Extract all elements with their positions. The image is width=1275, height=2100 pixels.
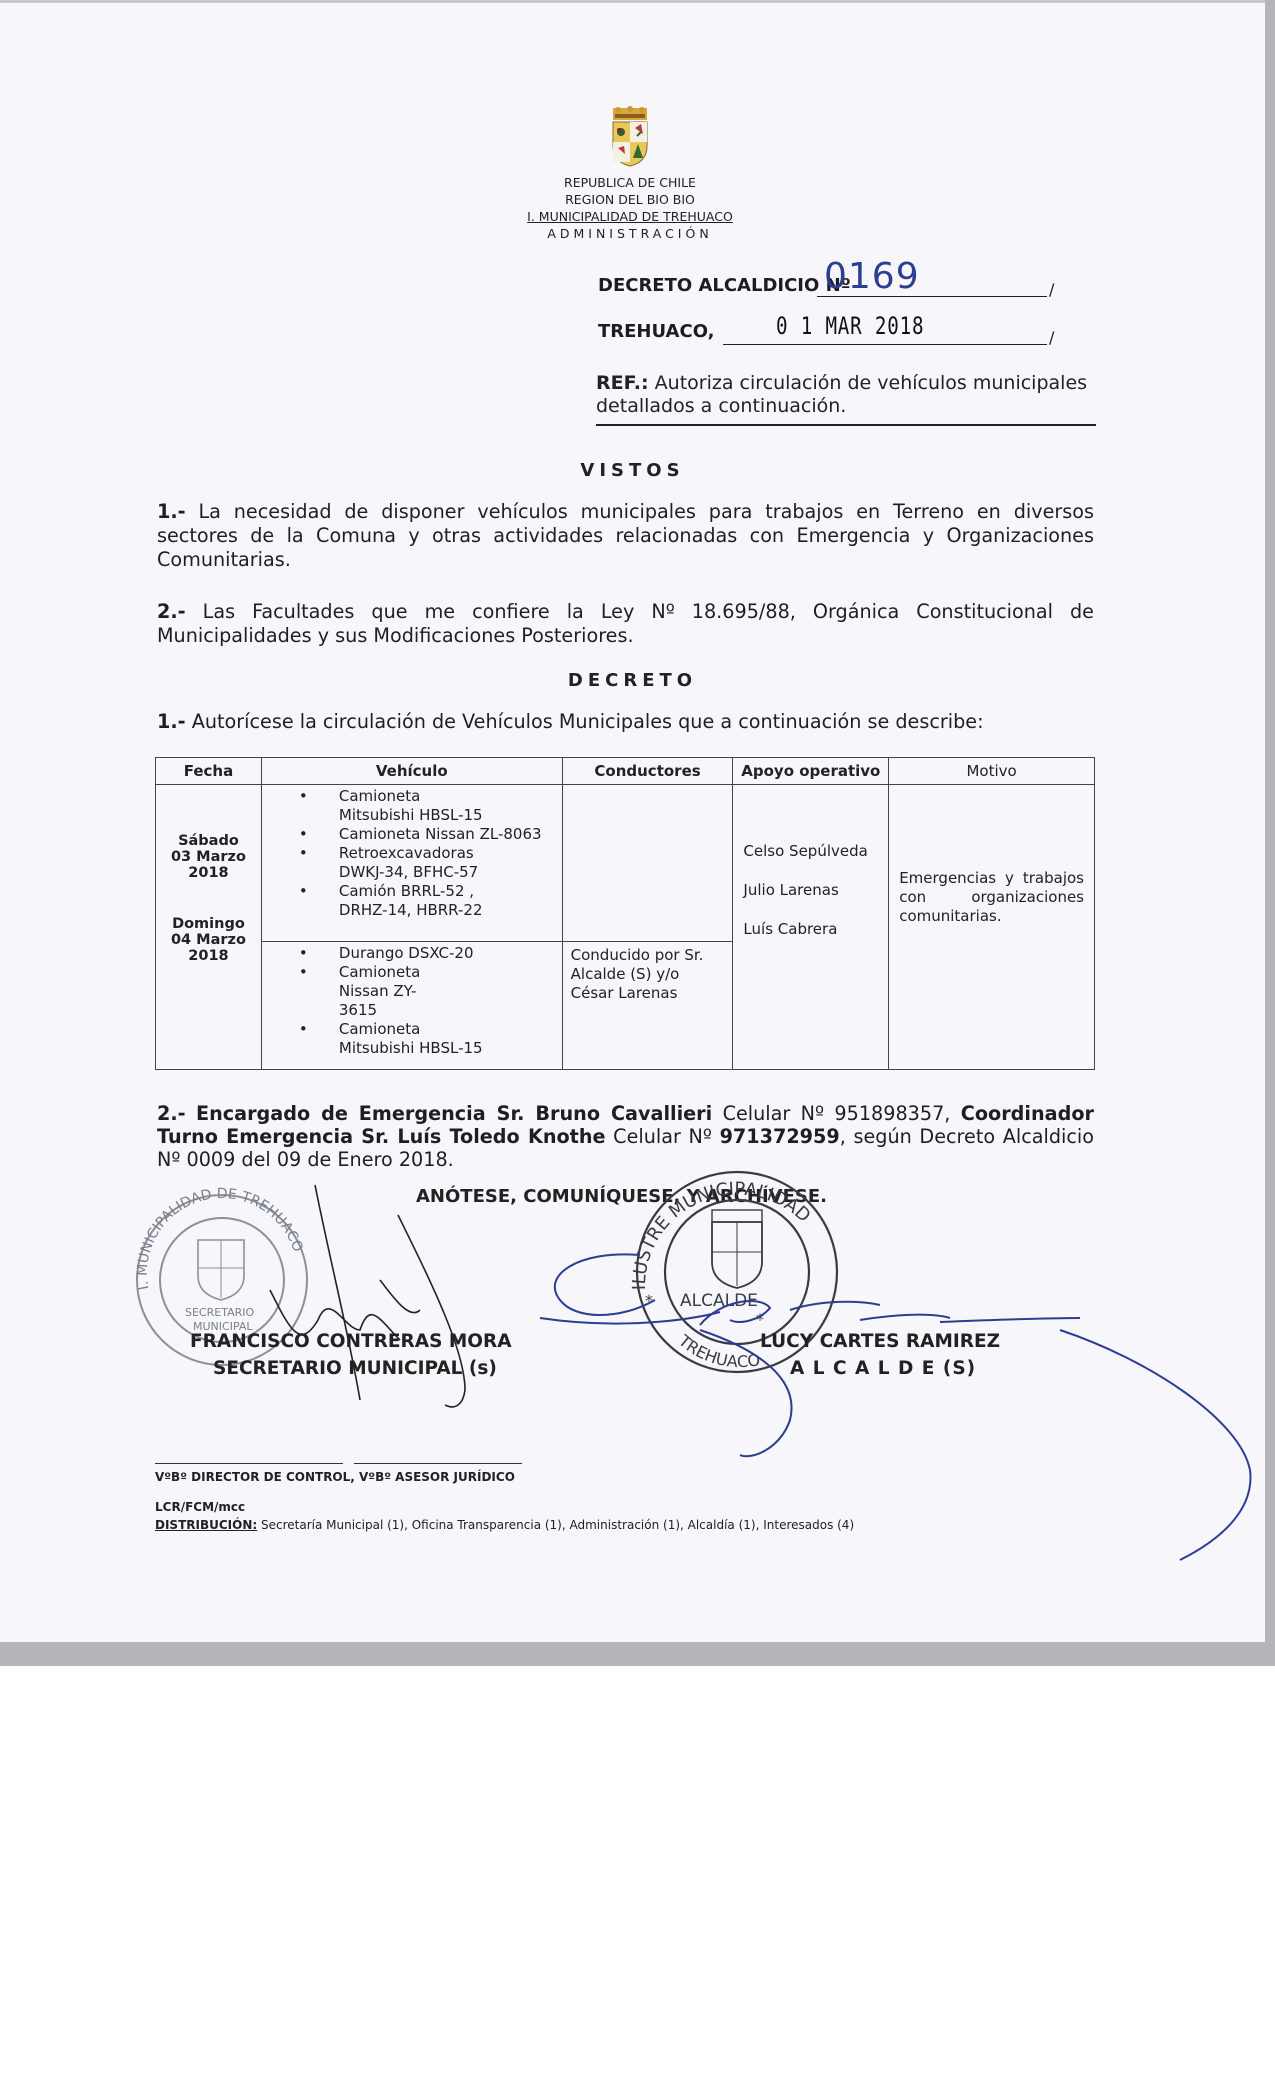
fecha-cell: Sábado 03 Marzo 2018 Domingo 04 Marzo 20… xyxy=(156,785,262,1070)
vehicle-item: Camión BRRL-52 , DRHZ-14, HBRR-22 xyxy=(262,882,489,920)
decree-number-slash: / xyxy=(1049,280,1054,299)
decreto-item-1-text: Autorícese la circulación de Vehículos M… xyxy=(192,710,984,733)
apoyo-person: Celso Sepúlveda xyxy=(733,842,888,861)
vehicle-item: Camioneta Mitsubishi HBSL-15 xyxy=(262,1020,489,1058)
vistos-item-1-num: 1.- xyxy=(157,500,186,523)
vistos-item-1-text: La necesidad de disponer vehículos munic… xyxy=(157,500,1094,571)
table-header-row: Fecha Vehículo Conductores Apoyo operati… xyxy=(156,758,1095,785)
header-country: REPUBLICA DE CHILE xyxy=(470,175,790,190)
motivo-cell: Emergencias y trabajos con organizacione… xyxy=(889,785,1095,1070)
header-region: REGION DEL BIO BIO xyxy=(470,192,790,207)
vb-juridico-line xyxy=(354,1463,522,1464)
vistos-heading: VISTOS xyxy=(0,460,1265,481)
item2-emergency-manager: Encargado de Emergencia Sr. Bruno Cavall… xyxy=(196,1102,712,1125)
scan-edge-right xyxy=(1265,0,1275,1666)
apoyo-person: Luís Cabrera xyxy=(733,920,888,939)
decree-number-handwritten: 0169 xyxy=(824,256,920,297)
vehicles-cell-1: Camioneta Mitsubishi HBSL-15 Camioneta N… xyxy=(261,785,562,942)
initials: LCR/FCM/mcc xyxy=(155,1500,245,1514)
conductores-cell-2: Conducido por Sr. Alcalde (S) y/o César … xyxy=(562,942,733,1070)
vistos-item-1: 1.- La necesidad de disponer vehículos m… xyxy=(157,500,1094,572)
decreto-heading: DECRETO xyxy=(0,670,1265,691)
date-2-year: 2018 xyxy=(156,948,261,964)
apoyo-person: Julio Larenas xyxy=(733,881,888,900)
vehicle-item: Camioneta Nissan ZY-3615 xyxy=(262,963,449,1020)
distribution-line: DISTRIBUCIÓN: Secretaría Municipal (1), … xyxy=(155,1518,854,1532)
item2-phone-1: Celular Nº 951898357, xyxy=(723,1102,951,1125)
item2-phone-label: Celular Nº xyxy=(613,1125,712,1148)
decreto-item-1: 1.- Autorícese la circulación de Vehícul… xyxy=(157,710,1094,734)
vistos-item-2: 2.- Las Facultades que me confiere la Le… xyxy=(157,600,1094,648)
date-2-date: 04 Marzo xyxy=(156,932,261,948)
item2-phone-2: 971372959 xyxy=(720,1125,840,1148)
conductores-cell-1 xyxy=(562,785,733,942)
vistos-item-2-num: 2.- xyxy=(157,600,186,623)
vistos-item-2-text: Las Facultades que me confiere la Ley Nº… xyxy=(157,600,1094,647)
place-label: TREHUACO, xyxy=(598,321,714,342)
header-department: ADMINISTRACIÓN xyxy=(470,226,790,241)
decreto-item-1-num: 1.- xyxy=(157,710,186,733)
apoyo-cell: Celso Sepúlveda Julio Larenas Luís Cabre… xyxy=(733,785,889,1070)
date-stamp: 0 1 MAR 2018 xyxy=(776,312,924,340)
date-line xyxy=(723,344,1047,345)
ref-block: REF.: Autoriza circulación de vehículos … xyxy=(596,372,1096,418)
motivo-text: Emergencias y trabajos con organizacione… xyxy=(899,869,1084,926)
col-header-motivo: Motivo xyxy=(889,758,1095,785)
ref-text: Autoriza circulación de vehículos munici… xyxy=(596,372,1087,417)
scan-edge-bottom xyxy=(0,1642,1275,1666)
distribution-text: Secretaría Municipal (1), Oficina Transp… xyxy=(261,1518,854,1532)
header-municipality: I. MUNICIPALIDAD DE TREHUACO xyxy=(470,209,790,224)
vehicle-item: Durango DSXC-20 xyxy=(262,944,562,963)
col-header-vehiculo: Vehículo xyxy=(261,758,562,785)
col-header-conductores: Conductores xyxy=(562,758,733,785)
approvals-line: VºBº DIRECTOR DE CONTROL, VºBº ASESOR JU… xyxy=(155,1470,515,1484)
secretary-title: SECRETARIO MUNICIPAL (s) xyxy=(213,1358,497,1379)
vehicle-item: Camioneta Mitsubishi HBSL-15 xyxy=(262,787,489,825)
mayor-title: A L C A L D E (S) xyxy=(790,1358,976,1379)
vehicle-item: Retroexcavadoras DWKJ-34, BFHC-57 xyxy=(262,844,479,882)
date-2-day: Domingo xyxy=(156,916,261,932)
col-header-apoyo: Apoyo operativo xyxy=(733,758,889,785)
vb-control-line xyxy=(155,1463,343,1464)
ref-label: REF.: xyxy=(596,372,649,394)
vehicle-item: Camioneta Nissan ZL-8063 xyxy=(262,825,562,844)
date-1-date: 03 Marzo xyxy=(156,849,261,865)
secretary-name: FRANCISCO CONTRERAS MORA xyxy=(190,1331,512,1352)
item2-num: 2.- xyxy=(157,1102,186,1125)
closing-formula: ANÓTESE, COMUNÍQUESE, Y ARCHÍVESE. xyxy=(416,1186,827,1207)
mayor-name: LUCY CARTES RAMIREZ xyxy=(760,1331,1000,1352)
ref-underline xyxy=(596,424,1096,426)
vehicles-cell-2: Durango DSXC-20 Camioneta Nissan ZY-3615… xyxy=(261,942,562,1070)
scan-edge-top xyxy=(0,0,1275,3)
date-1-day: Sábado xyxy=(156,833,261,849)
date-1-year: 2018 xyxy=(156,865,261,881)
coat-of-arms-icon xyxy=(608,106,652,168)
col-header-fecha: Fecha xyxy=(156,758,262,785)
decree-number-label: DECRETO ALCALDICIO Nº xyxy=(598,275,851,296)
table-row: Sábado 03 Marzo 2018 Domingo 04 Marzo 20… xyxy=(156,785,1095,942)
vehicle-table: Fecha Vehículo Conductores Apoyo operati… xyxy=(155,757,1095,1070)
distribution-label: DISTRIBUCIÓN: xyxy=(155,1518,257,1532)
date-slash: / xyxy=(1049,328,1054,347)
decreto-item-2: 2.- Encargado de Emergencia Sr. Bruno Ca… xyxy=(157,1102,1094,1171)
